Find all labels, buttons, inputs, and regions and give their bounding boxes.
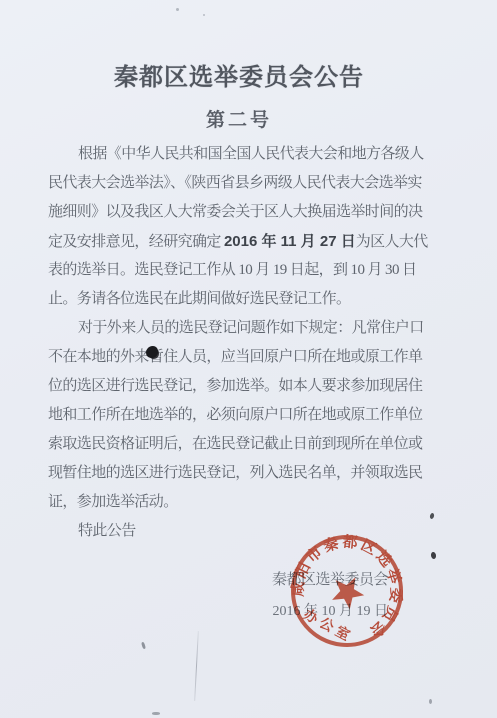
body-text: 施细则》以及我区人大常委会关于区人大换届选举时间的决 [48,204,422,220]
body-text: 根据《中华人民共和国全国人民代表大会和地方各级人 [78,146,424,162]
body-text: 为区人大代 [356,234,428,250]
body-line: 定及安排意见，经研究确定 2016 年 11 月 27 日为区人大代 [48,227,434,256]
body-line: 不在本地的外来暂住人员，应当回原户口所在地或原工作单 [48,343,434,372]
body-text: 证，参加选举活动。 [48,494,178,510]
scan-scratch [194,631,199,701]
body-line: 地和工作所在地选举的，必须向原户口所在地或原工作单位 [48,401,434,430]
body-line: 止。务请各位选民在此期间做好选民登记工作。 [48,285,434,314]
body-line: 根据《中华人民共和国全国人民代表大会和地方各级人 [48,140,434,169]
body-text: 地和工作所在地选举的，必须向原户口所在地或原工作单位 [48,407,422,423]
body-text: 位的选区进行选民登记，参加选举。如本人要求参加现居住 [48,378,422,394]
body-text: 定及安排意见，经研究确定 [48,234,224,250]
document-number: 第二号 [0,105,478,132]
scan-speck [176,8,179,11]
scan-speck [203,14,205,16]
body-text: 现暂住地的选区进行选民登记，列入选民名单，并领取选民 [48,465,422,481]
body-line: 表的选举日。选民登记工作从 10 月 19 日起，到 10 月 30 日 [48,256,434,285]
document-body: 根据《中华人民共和国全国人民代表大会和地方各级人 民代表大会选举法》、《陕西省县… [48,140,434,546]
star-icon [327,570,370,612]
scan-speck [141,642,146,650]
page-title: 秦都区选举委员会公告 [0,57,478,92]
body-text: 表的选举日。选民登记工作从 10 月 19 日起，到 10 月 30 日 [48,262,416,278]
body-line: 索取选民资格证明后，在选民登记截止日前到现所在单位或 [48,430,434,459]
scan-speck [152,712,160,715]
body-text: 止。务请各位选民在此期间做好选民登记工作。 [48,291,350,307]
scanned-announcement-page: 秦都区选举委员会公告 第二号 根据《中华人民共和国全国人民代表大会和地方各级人 … [0,0,497,718]
body-text: 索取选民资格证明后，在选民登记截止日前到现所在单位或 [48,436,422,452]
body-line: 位的选区进行选民登记，参加选举。如本人要求参加现居住 [48,372,434,401]
body-line: 施细则》以及我区人大常委会关于区人大换届选举时间的决 [48,198,434,227]
body-line: 对于外来人员的选民登记问题作如下规定：凡常住户口 [48,314,434,343]
scan-speck [430,552,436,560]
body-text: 特此公告 [78,523,136,539]
election-date-bold: 2016 年 11 月 27 日 [224,233,356,250]
official-seal: 咸阳市秦都区选举委员会 办公室 [272,516,422,666]
body-line: 民代表大会选举法》、《陕西省县乡两级人民代表大会选举实 [48,169,434,198]
scan-speck [429,699,432,704]
ink-blot-artifact [146,346,158,358]
body-text: 民代表大会选举法》、《陕西省县乡两级人民代表大会选举实 [48,175,422,191]
body-text: 不在本地的外来暂住人员，应当回原户口所在地或原工作单 [48,349,422,365]
body-text: 对于外来人员的选民登记问题作如下规定：凡常住户口 [78,320,424,336]
body-line: 现暂住地的选区进行选民登记，列入选民名单，并领取选民 [48,459,434,488]
body-line: 证，参加选举活动。 [48,488,434,517]
